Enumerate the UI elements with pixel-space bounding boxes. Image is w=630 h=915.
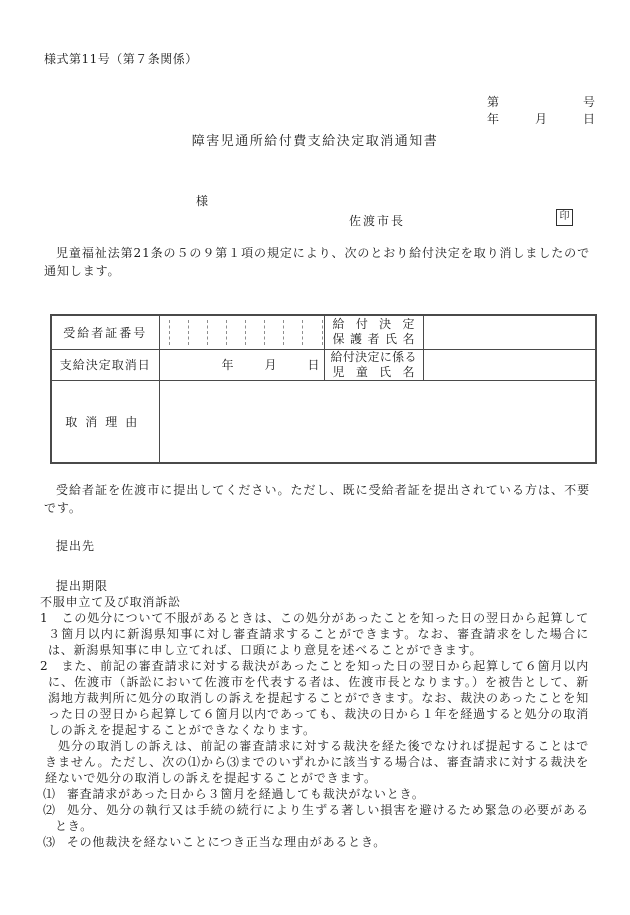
table-row: 受給者証番号 給付決定 保護者氏名 — [51, 315, 596, 349]
appeal-item-1-text: この処分について不服があるときは、この処分があったことを知った日の翌日から起算し… — [48, 611, 589, 657]
recipient-number-field — [159, 315, 324, 349]
cancel-date-year-label: 年 — [221, 356, 233, 373]
digit-slot-divider — [265, 320, 284, 345]
date-day-label: 日 — [583, 111, 595, 128]
appeal-subitem-3: ⑶その他裁決を経ないことにつき正当な理由があるとき。 — [40, 834, 589, 850]
date-year-label: 年 — [487, 111, 499, 128]
table-row: 支給決定取消日 年 月 日 給付決定に係る 児童氏名 — [51, 349, 596, 380]
table-row: 取消理由 — [51, 380, 596, 463]
appeal-item-1-number: 1 — [40, 611, 48, 625]
appeal-item-2-number: 2 — [40, 659, 48, 673]
digit-slot-divider — [159, 320, 170, 345]
appeal-subitem-3-number: ⑶ — [43, 835, 56, 849]
cancel-reason-value — [159, 380, 596, 463]
doc-number-suffix: 号 — [583, 94, 595, 111]
page-title: 障害児通所給付費支給決定取消通知書 — [0, 130, 630, 149]
digit-slot-divider — [189, 320, 208, 345]
child-name-label: 給付決定に係る 児童氏名 — [324, 349, 423, 380]
cancel-date-day-label: 日 — [307, 356, 319, 373]
issuer-name: 佐渡市長 — [349, 212, 405, 229]
reference-block: 第 号 年 月 日 — [487, 94, 595, 128]
appeal-subitem-2-text: 処分、処分の執行又は手続の続行により生ずる著しい損害を避けるため緊急の必要がある… — [55, 803, 589, 833]
recipient-number-label: 受給者証番号 — [51, 315, 159, 349]
cancellation-detail-table: 受給者証番号 給付決定 保護者氏名 支給決定取消日 年 月 日 給付決定に係る — [50, 314, 597, 464]
document-date-line: 年 月 日 — [487, 111, 595, 128]
appeal-subitem-1: ⑴審査請求があった日から３箇月を経過しても裁決がないとき。 — [40, 786, 589, 802]
appeal-subitem-1-text: 審査請求があった日から３箇月を経過しても裁決がないとき。 — [67, 787, 425, 801]
form-number: 様式第11号（第７条関係） — [44, 50, 198, 67]
intro-paragraph: 児童福祉法第21条の５の９第１項の規定により、次のとおり給付決定を取り消しました… — [44, 244, 590, 280]
appeal-item-2: 2また、前記の審査請求に対する裁決があったことを知った日の翌日から起算して６箇月… — [40, 658, 589, 738]
cancel-reason-label: 取消理由 — [51, 380, 159, 463]
digit-slot-divider — [208, 320, 227, 345]
appeal-subitem-3-text: その他裁決を経ないことにつき正当な理由があるとき。 — [67, 835, 386, 849]
document-number-line: 第 号 — [487, 94, 595, 111]
appeal-subitem-2-number: ⑵ — [43, 803, 56, 817]
cancel-date-month-label: 月 — [264, 356, 276, 373]
cancel-date-label: 支給決定取消日 — [51, 349, 159, 380]
appeal-item-1: 1この処分について不服があるときは、この処分があったことを知った日の翌日から起算… — [40, 610, 589, 658]
date-month-label: 月 — [535, 111, 547, 128]
appeal-section: 不服申立て及び取消訴訟 1この処分について不服があるときは、この処分があったこと… — [40, 594, 589, 850]
cancel-date-field: 年 月 日 — [159, 349, 324, 380]
seal-mark: 印 — [556, 209, 573, 226]
digit-slot-divider — [227, 320, 246, 345]
appeal-heading: 不服申立て及び取消訴訟 — [40, 594, 589, 610]
appeal-subitem-1-number: ⑴ — [43, 787, 56, 801]
digit-slot-divider — [170, 320, 189, 345]
digit-slot-divider — [246, 320, 265, 345]
document-page: 様式第11号（第７条関係） 第 号 年 月 日 障害児通所給付費支給決定取消通知… — [0, 0, 630, 915]
digit-slot-divider — [284, 320, 303, 345]
doc-number-prefix: 第 — [487, 94, 499, 111]
appeal-item-2-text: また、前記の審査請求に対する裁決があったことを知った日の翌日から起算して６箇月以… — [48, 659, 589, 737]
deadline-label: 提出期限 — [56, 577, 108, 594]
appeal-item-2-paragraph: 処分の取消しの訴えは、前記の審査請求に対する裁決を経た後でなければ提起することは… — [40, 738, 589, 786]
child-name-value — [423, 349, 596, 380]
addressee-suffix: 様 — [196, 192, 208, 209]
submit-to-label: 提出先 — [56, 537, 95, 554]
return-note-paragraph: 受給者証を佐渡市に提出してください。ただし、既に受給者証を提出されている方は、不… — [44, 481, 590, 517]
guardian-name-label: 給付決定 保護者氏名 — [324, 315, 423, 349]
recipient-number-slots — [159, 320, 323, 345]
digit-slot-divider — [303, 320, 322, 345]
appeal-subitem-2: ⑵処分、処分の執行又は手続の続行により生ずる著しい損害を避けるため緊急の必要があ… — [40, 802, 589, 834]
guardian-name-value — [423, 315, 596, 349]
